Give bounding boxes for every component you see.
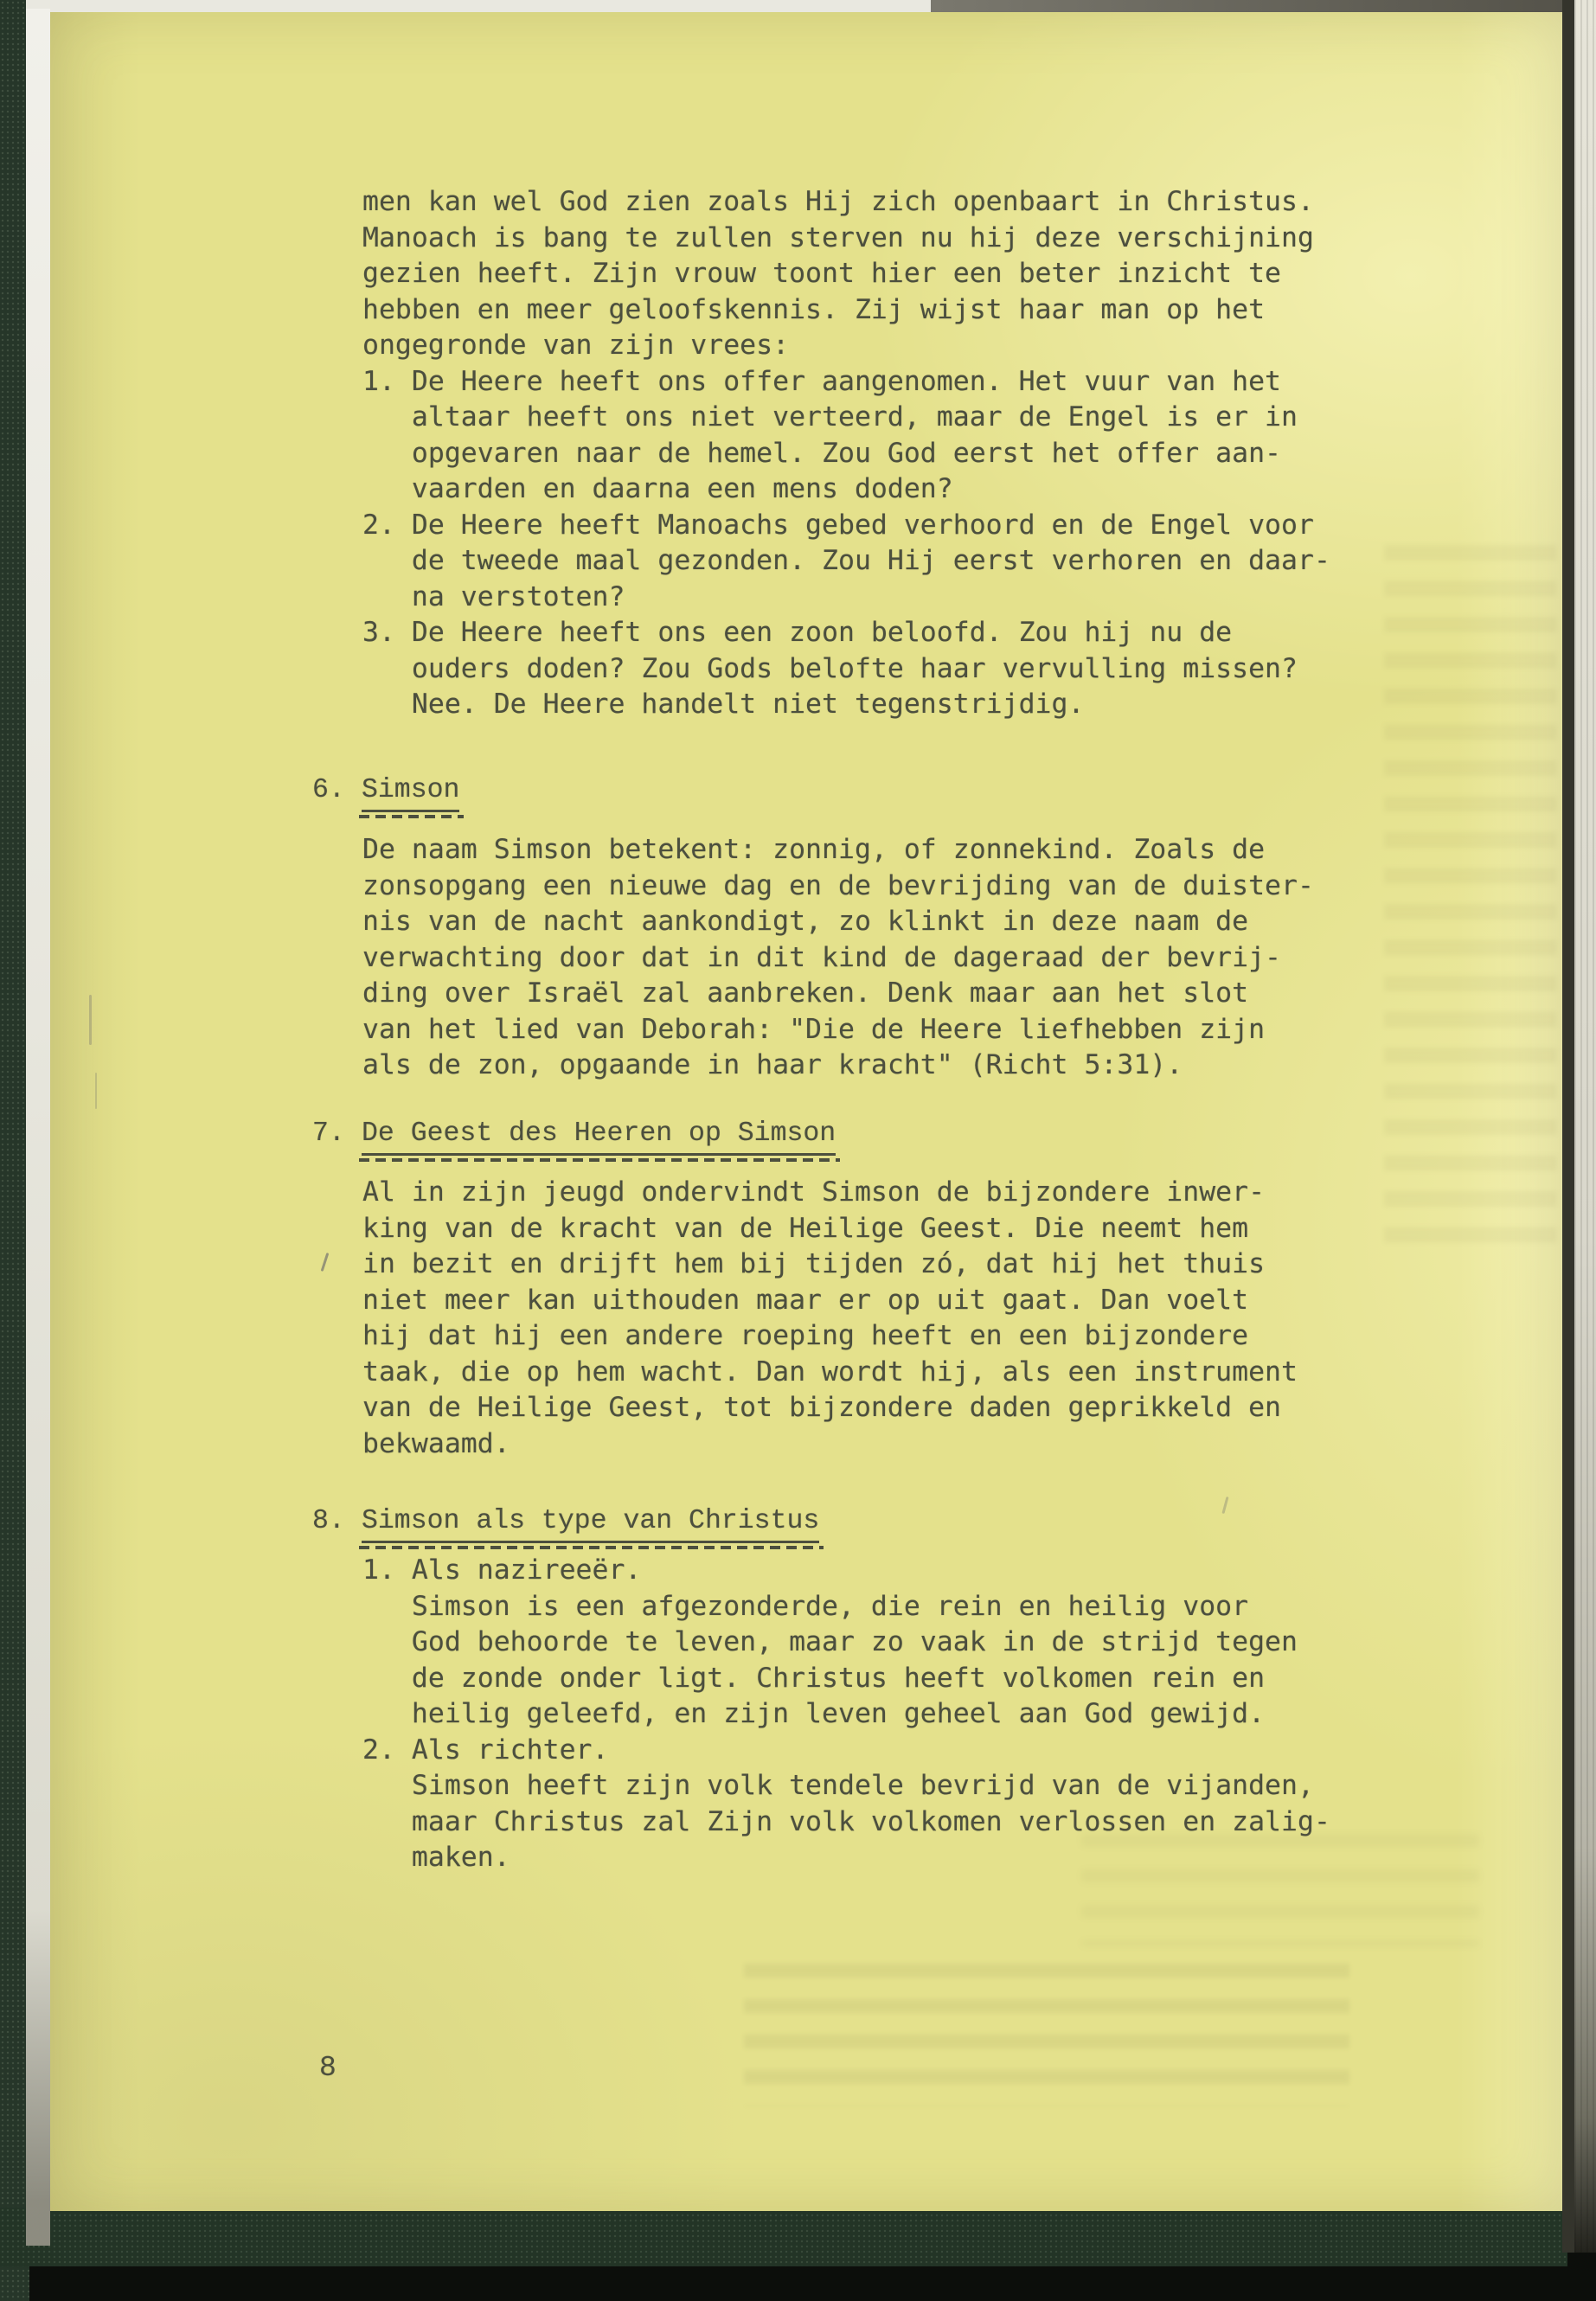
book-cover-edge-left <box>0 0 29 2301</box>
section-7-title: De Geest des Heeren op Simson <box>362 1116 836 1156</box>
section-6-number: 6. <box>312 772 362 809</box>
ink-bleed-ghost-right-margin <box>1384 545 1557 1246</box>
page-gap-shadow <box>1562 0 1574 2253</box>
pen-mark <box>95 1073 97 1109</box>
section-7-number: 7. <box>312 1116 362 1152</box>
section-8-number: 8. <box>312 1503 362 1540</box>
scanned-book-page: men kan wel God zien zoals Hij zich open… <box>0 0 1596 2301</box>
page-number: 8 <box>319 2051 337 2086</box>
pen-mark <box>1221 1497 1228 1514</box>
section-6-body: De naam Simson betekent: zonnig, of zonn… <box>362 832 1314 1084</box>
section-8-body: 1. Als nazireeër. Simson is een afgezond… <box>362 1553 1330 1876</box>
section-8-heading: 8.Simson als type van Christus <box>312 1503 819 1543</box>
pen-mark <box>321 1253 330 1272</box>
book-pages-edge-right <box>1574 0 1596 2253</box>
section-8-title: Simson als type van Christus <box>362 1503 819 1543</box>
section-7-heading: 7.De Geest des Heeren op Simson <box>312 1116 836 1156</box>
document-page: men kan wel God zien zoals Hij zich open… <box>50 12 1562 2211</box>
book-cover-edge-bottom <box>0 2208 1567 2266</box>
paper-edge-left <box>26 9 50 2246</box>
ink-bleed-ghost-bottom <box>744 1964 1349 2106</box>
intro-paragraph: men kan wel God zien zoals Hij zich open… <box>362 184 1330 723</box>
section-6-title: Simson <box>362 772 459 812</box>
pen-mark <box>89 995 92 1045</box>
section-7-body: Al in zijn jeugd ondervindt Simson de bi… <box>362 1175 1298 1462</box>
section-6-heading: 6.Simson <box>312 772 459 812</box>
